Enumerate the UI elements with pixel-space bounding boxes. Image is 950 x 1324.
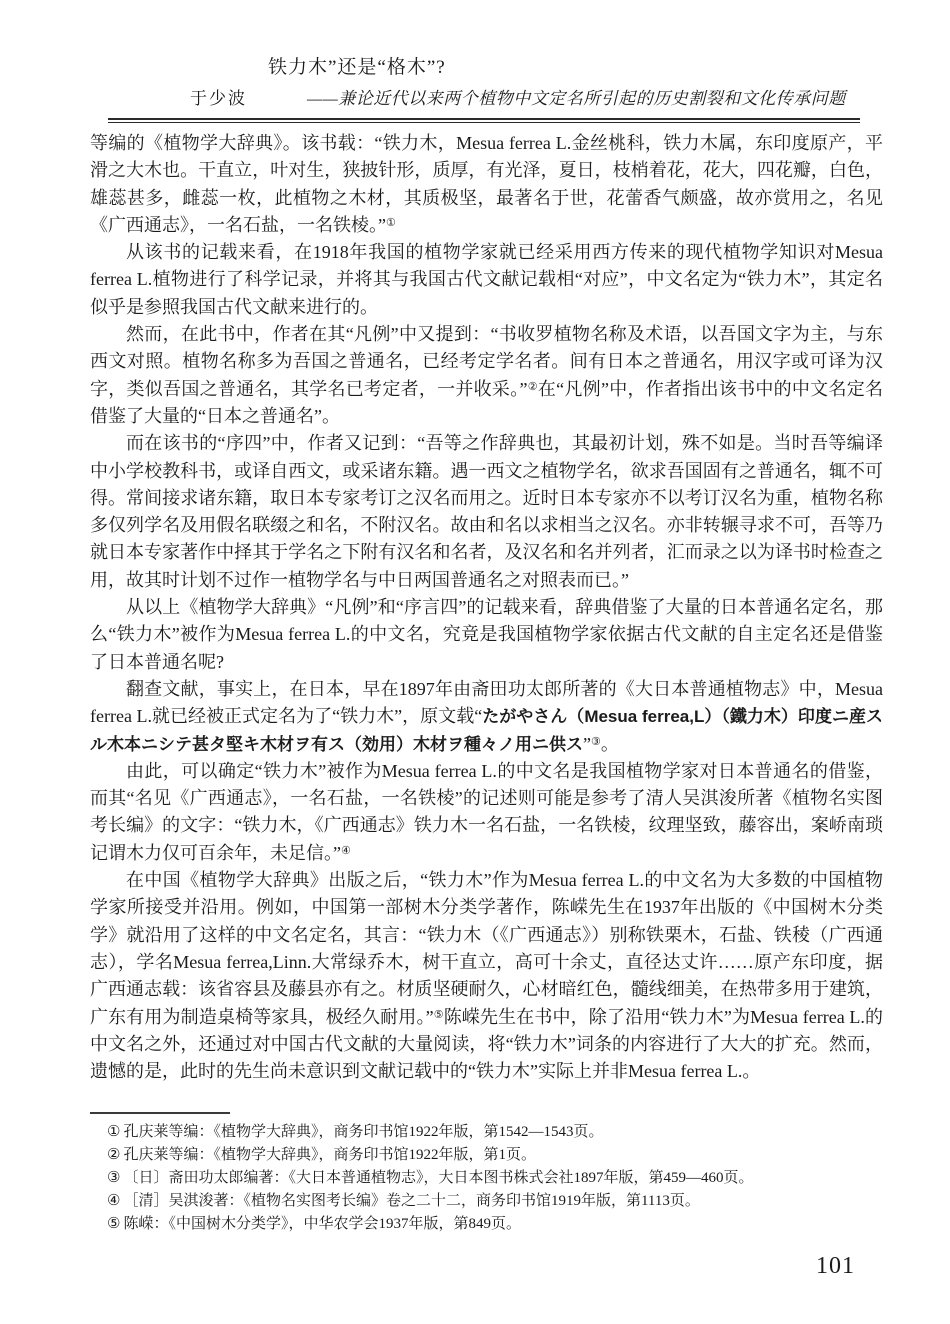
- footnote-marker: ④: [341, 845, 351, 857]
- footnote-item-marker: ②: [107, 1147, 120, 1163]
- text-segment: 在中国《植物学大辞典》出版之后，“铁力木”作为Mesua ferrea L.的中…: [90, 870, 883, 1026]
- footnote-item: ①孔庆莱等编：《植物学大辞典》，商务印书馆1922年版，第1542—1543页。: [90, 1121, 883, 1144]
- footnote-divider: [90, 1112, 230, 1114]
- footnote-item-marker: ③: [107, 1170, 120, 1186]
- footnote-marker: ⑤: [434, 1009, 444, 1021]
- text-segment: 从该书的记载来看，在1918年我国的植物学家就已经采用西方传来的现代植物学知识对…: [90, 242, 883, 317]
- paragraph: 翻查文献，事实上，在日本，早在1897年由斋田功太郎所著的《大日本普通植物志》中…: [90, 676, 883, 758]
- footnote-item-text: ［清］吴淇浚著：《植物名实图考长编》卷之二十二，商务印书馆1919年版，第111…: [123, 1193, 699, 1209]
- paragraph: 然而，在此书中，作者在其“凡例”中又提到：“书收罗植物名称及术语，以吾国文字为主…: [90, 321, 883, 430]
- footnote-list: ①孔庆莱等编：《植物学大辞典》，商务印书馆1922年版，第1542—1543页。…: [90, 1121, 883, 1236]
- paragraph: 从该书的记载来看，在1918年我国的植物学家就已经采用西方传来的现代植物学知识对…: [90, 239, 883, 321]
- footnote-item: ③〔日〕斋田功太郎编著：《大日本普通植物志》，大日本图书株式会社1897年版，第…: [90, 1167, 883, 1190]
- footnote-item-marker: ①: [107, 1124, 120, 1140]
- header-divider: [108, 118, 860, 123]
- author-name: 于少波: [190, 84, 247, 109]
- page-number: 101: [816, 1253, 855, 1280]
- paragraph: 等编的《植物学大辞典》。该书载：“铁力木，Mesua ferrea L.金丝桃科…: [90, 130, 883, 239]
- footnote-item-marker: ⑤: [107, 1216, 120, 1232]
- article-subtitle: ——兼论近代以来两个植物中文定名所引起的历史割裂和文化传承问题: [307, 84, 846, 109]
- paragraph: 在中国《植物学大辞典》出版之后，“铁力木”作为Mesua ferrea L.的中…: [90, 867, 883, 1085]
- footnote-section: ①孔庆莱等编：《植物学大辞典》，商务印书馆1922年版，第1542—1543页。…: [90, 1112, 883, 1236]
- paragraph: 从以上《植物学大辞典》“凡例”和“序言四”的记载来看，辞典借鉴了大量的日本普通名…: [90, 594, 883, 676]
- text-segment: 而在该书的“序四”中，作者又记到：“吾等之作辞典也，其最初计划，殊不如是。当时吾…: [90, 433, 883, 589]
- byline: 于少波 ——兼论近代以来两个植物中文定名所引起的历史割裂和文化传承问题: [90, 84, 883, 109]
- footnote-marker: ②: [527, 381, 537, 393]
- text-segment: 从以上《植物学大辞典》“凡例”和“序言四”的记载来看，辞典借鉴了大量的日本普通名…: [90, 597, 883, 672]
- footnote-marker: ③: [591, 736, 601, 748]
- document-page: 铁力木”还是“格木”? 于少波 ——兼论近代以来两个植物中文定名所引起的历史割裂…: [0, 0, 950, 1324]
- article-header: 铁力木”还是“格木”? 于少波 ——兼论近代以来两个植物中文定名所引起的历史割裂…: [90, 52, 883, 123]
- paragraph: 由此，可以确定“铁力木”被作为Mesua ferrea L.的中文名是我国植物学…: [90, 758, 883, 867]
- text-segment: 等编的《植物学大辞典》。该书载：“铁力木，Mesua ferrea L.金丝桃科…: [90, 133, 883, 235]
- footnote-item-text: 孔庆莱等编：《植物学大辞典》，商务印书馆1922年版，第1页。: [123, 1147, 536, 1163]
- footnote-item-text: 陈嵘：《中国树木分类学》，中华农学会1937年版，第849页。: [123, 1216, 521, 1232]
- footnote-item-text: 孔庆莱等编：《植物学大辞典》，商务印书馆1922年版，第1542—1543页。: [123, 1124, 603, 1140]
- footnote-item-text: 〔日〕斋田功太郎编著：《大日本普通植物志》，大日本图书株式会社1897年版，第4…: [123, 1170, 753, 1186]
- article-body: 等编的《植物学大辞典》。该书载：“铁力木，Mesua ferrea L.金丝桃科…: [90, 130, 883, 1085]
- footnote-marker: ①: [386, 217, 396, 229]
- footnote-item-marker: ④: [107, 1193, 120, 1209]
- footnote-item: ④［清］吴淇浚著：《植物名实图考长编》卷之二十二，商务印书馆1919年版，第11…: [90, 1190, 883, 1213]
- text-segment: 由此，可以确定“铁力木”被作为Mesua ferrea L.的中文名是我国植物学…: [90, 761, 883, 863]
- paragraph: 而在该书的“序四”中，作者又记到：“吾等之作辞典也，其最初计划，殊不如是。当时吾…: [90, 430, 883, 594]
- text-segment: 。: [601, 734, 619, 754]
- text-segment: ”: [583, 734, 591, 754]
- article-title: 铁力木”还是“格木”?: [90, 52, 883, 79]
- footnote-item: ⑤陈嵘：《中国树木分类学》，中华农学会1937年版，第849页。: [90, 1213, 883, 1236]
- footnote-item: ②孔庆莱等编：《植物学大辞典》，商务印书馆1922年版，第1页。: [90, 1144, 883, 1167]
